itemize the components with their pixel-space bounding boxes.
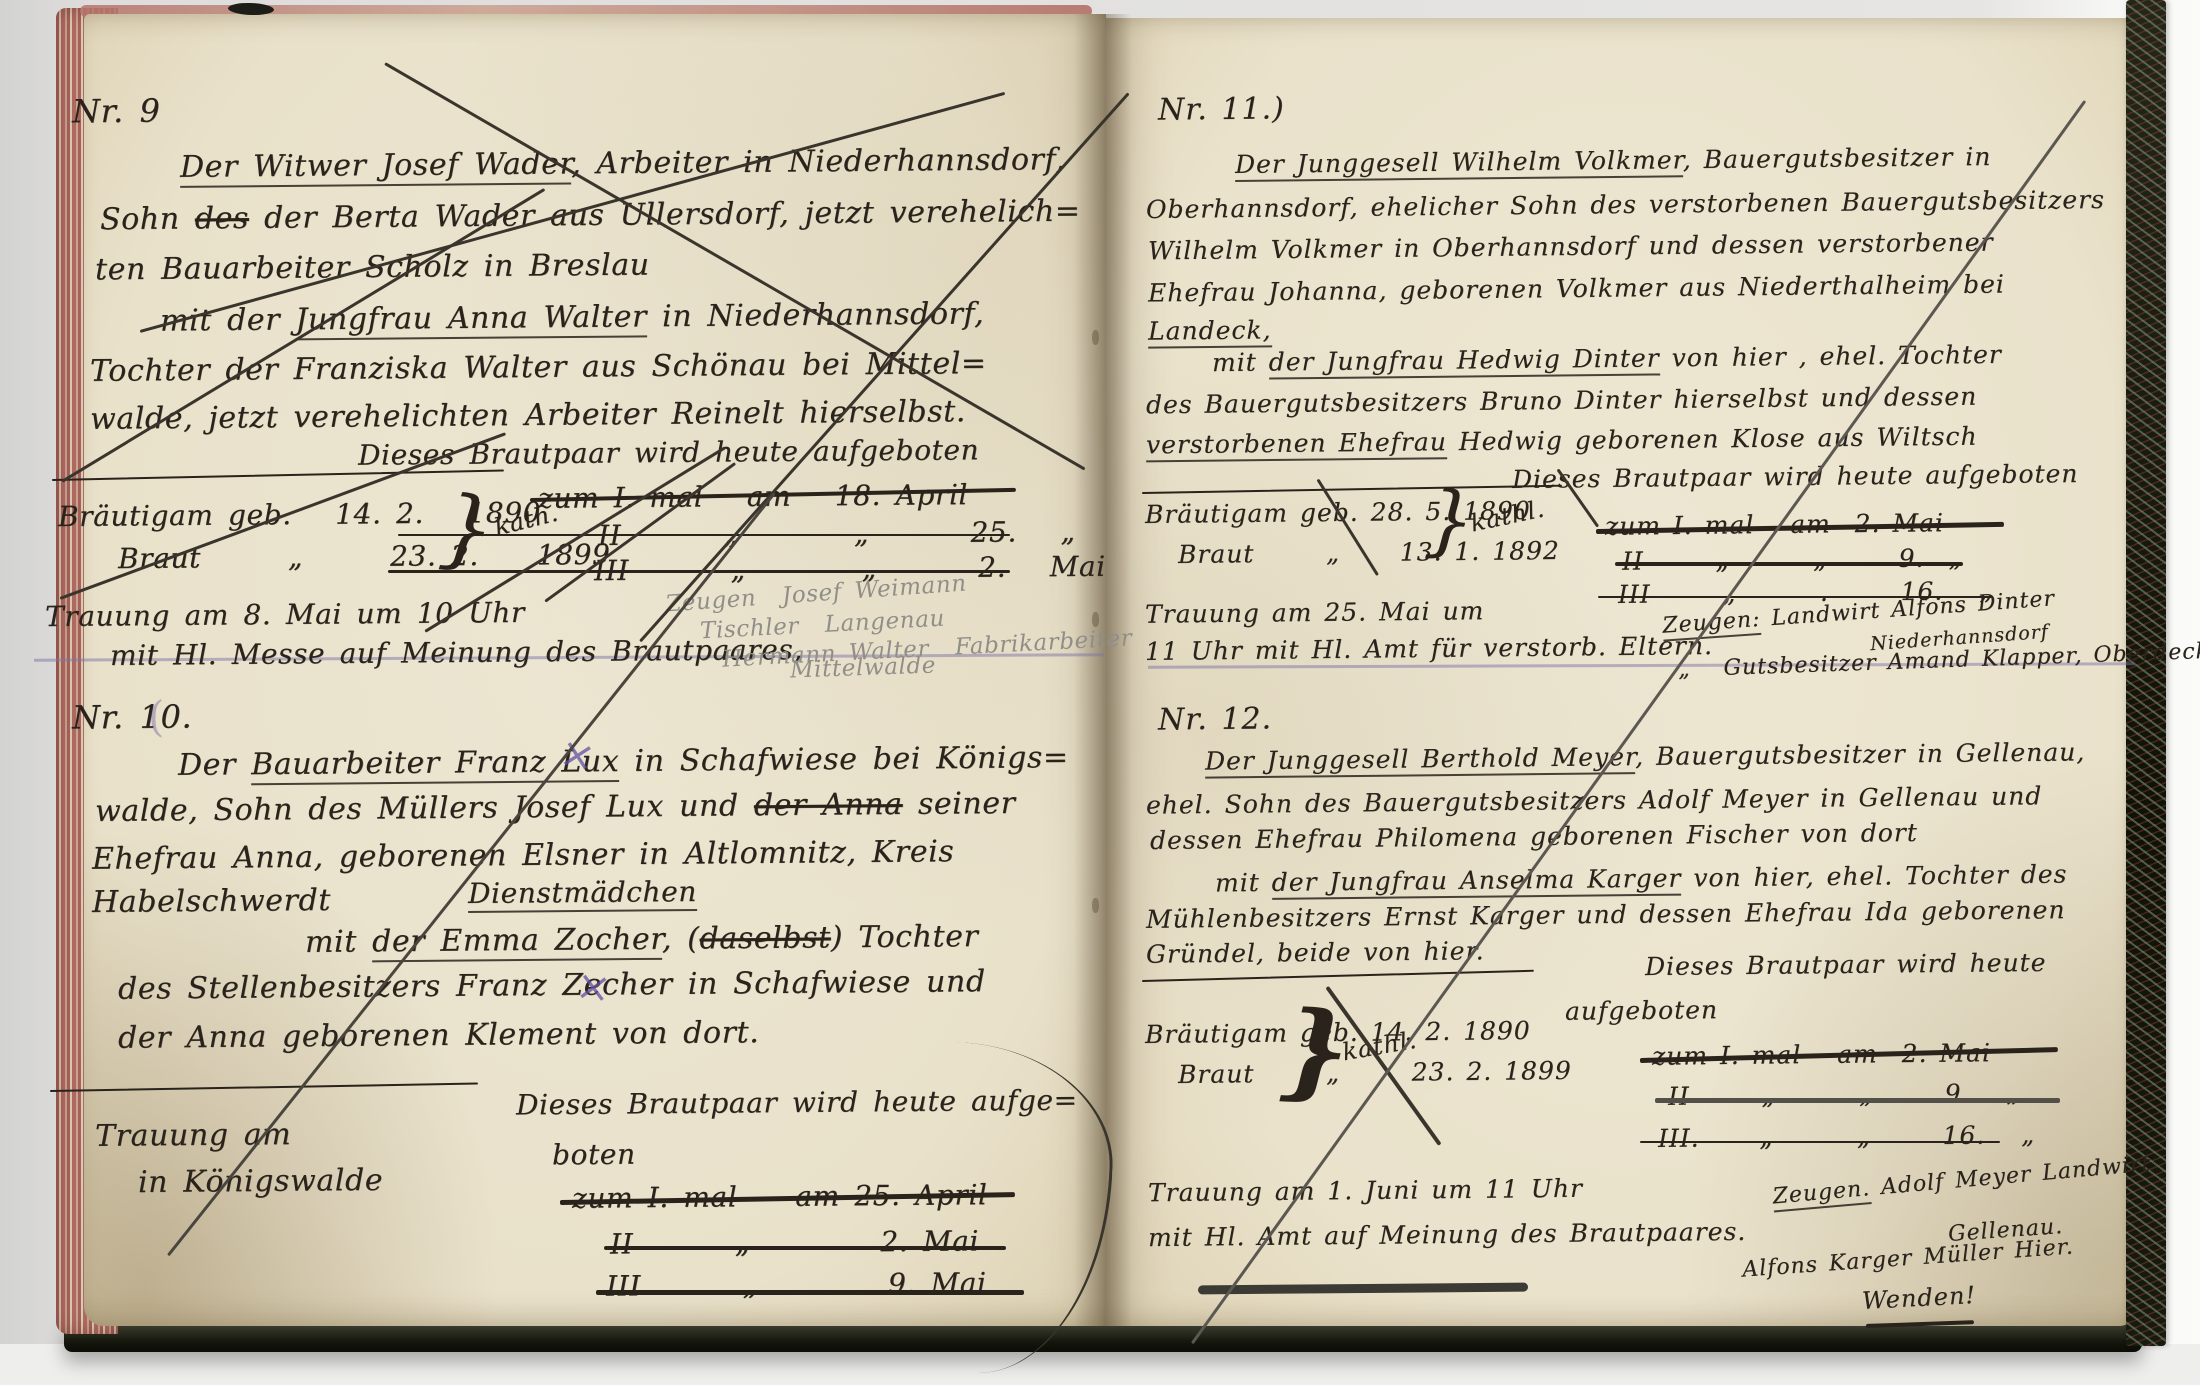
entry-number: Nr. 12. (1158, 701, 1272, 737)
handwritten-line: der Anna geborenen Klement von dort. (118, 1015, 760, 1056)
purple-x-mark: × (573, 960, 615, 1013)
wedding-note: in Königswalde (138, 1163, 383, 1200)
strike-line (1655, 1098, 2060, 1103)
wedding-note: Trauung am 1. Juni um 11 Uhr (1148, 1174, 1583, 1208)
purple-paren-mark: ( (148, 692, 164, 741)
handwritten-line: Gründel, beide von hier. (1146, 936, 1485, 969)
marbled-cover-edge (2126, 0, 2166, 1346)
wedding-note: 11 Uhr mit Hl. Amt für verstorb. Eltern. (1145, 631, 1713, 666)
brace-mark: } (1279, 996, 1351, 1103)
handwritten-line: Habelschwerdt (92, 883, 331, 920)
binding-stitch (1092, 330, 1099, 345)
banns-statement: Dieses Brautpaar wird heute (1645, 948, 2047, 981)
wedding-note: mit Hl. Messe auf Meinung des Brautpaare… (110, 633, 803, 672)
strike-line (398, 534, 1010, 536)
banns-statement: boten (552, 1138, 636, 1172)
register-book-photo: Nr. 9 Der Witwer Josef Wader, Arbeiter i… (0, 0, 2200, 1385)
struck-words: der Anna (754, 787, 903, 823)
groom-name-underlined: Der Junggesell Berthold Meyer (1205, 742, 1635, 779)
handwritten-line: Landeck, (1148, 315, 1272, 345)
banns-date-2: II „ „ 9. „ (1622, 543, 1963, 576)
bride-name-underlined: der Jungfrau Anselma Karger (1272, 864, 1682, 900)
struck-word: daselbst (699, 920, 831, 956)
wedding-note: Trauung am 25. Mai um (1145, 596, 1485, 629)
banns-statement: Dieses Brautpaar wird heute aufgeboten (1512, 459, 2079, 494)
entry-number: Nr. 10. (72, 697, 193, 736)
strike-line (1640, 1141, 2000, 1143)
turn-page-note: Wenden! (1861, 1281, 1976, 1315)
banns-date-2: II „ „ 9. „ (1668, 1078, 2021, 1111)
strike-line (1598, 596, 1993, 598)
brace-mark: } (436, 483, 499, 574)
binding-stitch (1092, 612, 1099, 627)
struck-word: des (195, 201, 249, 236)
banns-date-3: III. „ „ 16. „ (1658, 1120, 2035, 1153)
groom-name-underlined: Der Junggesell Wilhelm Volkmer (1235, 145, 1683, 182)
entry-number: Nr. 9 (72, 92, 161, 131)
strike-line (1615, 562, 1963, 566)
pencil-witness-note: Mittelwalde (790, 652, 937, 683)
groom-name-underlined: Der Witwer Josef Wader (180, 146, 571, 187)
brace-mark: } (1422, 480, 1477, 561)
bride-name-underlined: der Jungfrau Hedwig Dinter (1269, 343, 1660, 379)
entry-number: Nr. 11.) (1158, 91, 1285, 127)
handwritten-line: mit der Jungfrau Anna Walter in Niederha… (160, 296, 985, 338)
banns-statement: aufgeboten (1565, 995, 1718, 1026)
binding-stitch (1092, 898, 1099, 913)
inserted-word: Dienstmädchen (468, 875, 697, 910)
